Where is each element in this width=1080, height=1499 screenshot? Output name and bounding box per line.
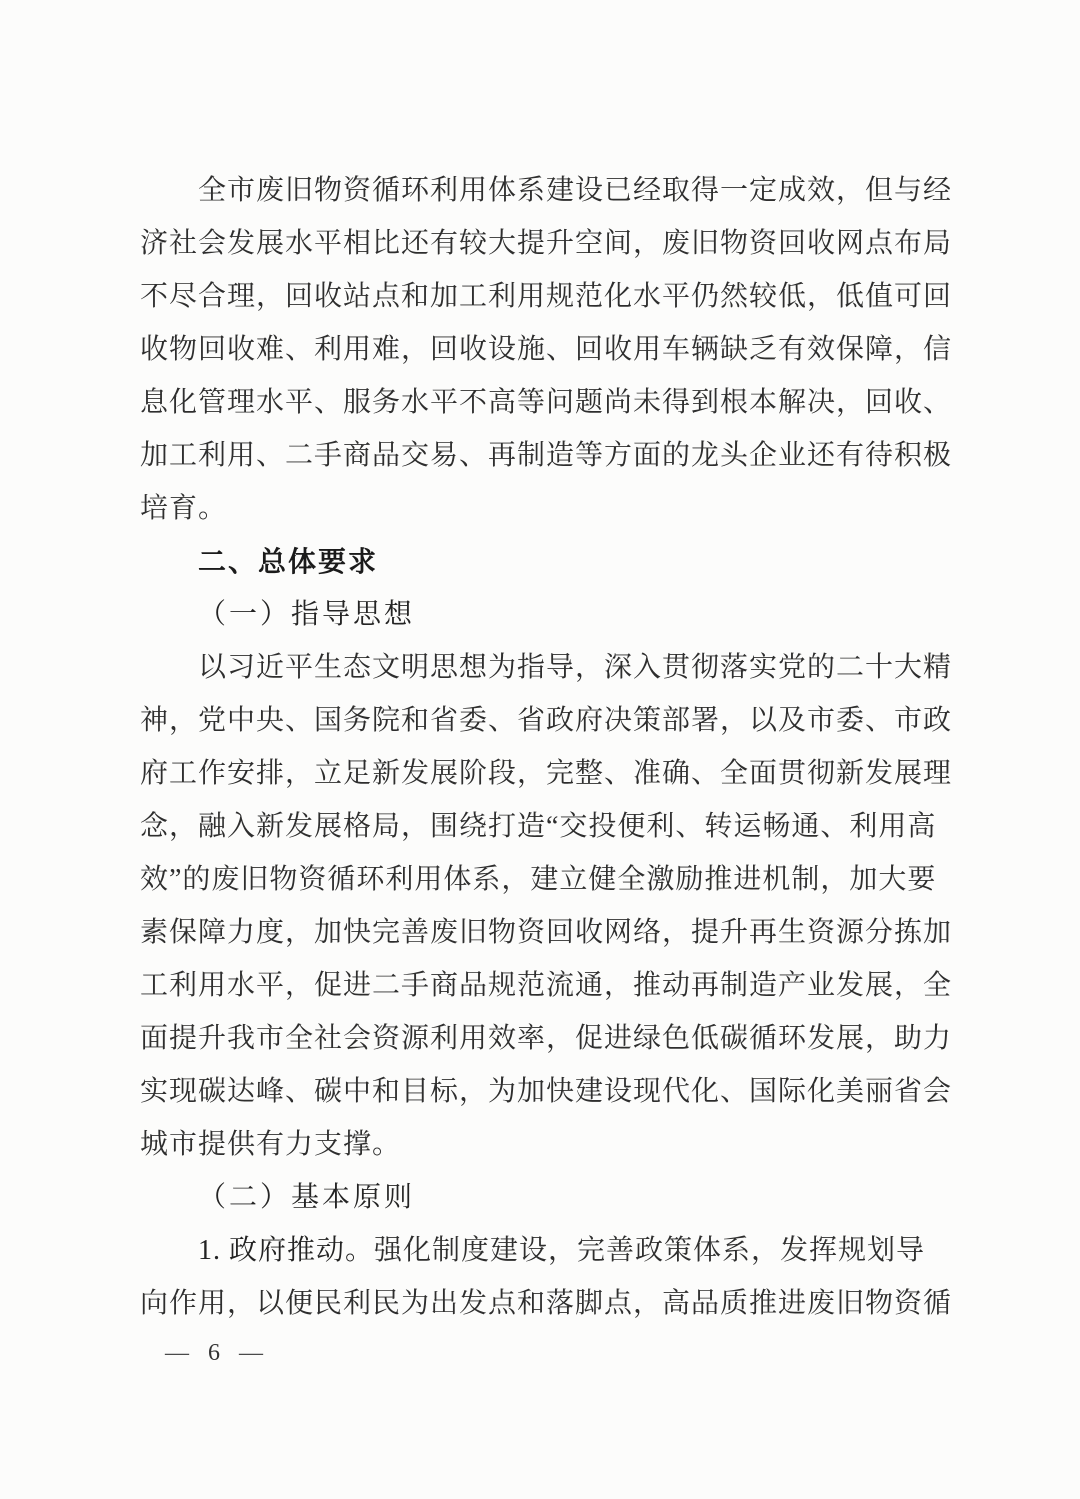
paragraph-intro-line: 收物回收难、利用难，回收设施、回收用车辆缺乏有效保障，信 bbox=[140, 323, 962, 376]
document-body: 全市废旧物资循环利用体系建设已经取得一定成效，但与经 济社会发展水平相比还有较大… bbox=[140, 164, 962, 1330]
section-heading: 二、总体要求 bbox=[140, 535, 962, 588]
paragraph-intro-line: 培育。 bbox=[140, 482, 962, 535]
paragraph-guiding-line: 效”的废旧物资循环利用体系，建立健全激励推进机制，加大要 bbox=[140, 853, 962, 906]
paragraph-intro-line: 全市废旧物资循环利用体系建设已经取得一定成效，但与经 bbox=[140, 164, 962, 217]
page-footer: — 6 — bbox=[165, 1340, 263, 1367]
paragraph-guiding-line: 面提升我市全社会资源利用效率，促进绿色低碳循环发展，助力 bbox=[140, 1012, 962, 1065]
paragraph-intro-line: 济社会发展水平相比还有较大提升空间，废旧物资回收网点布局 bbox=[140, 217, 962, 270]
paragraph-guiding-line: 城市提供有力支撑。 bbox=[140, 1118, 962, 1171]
document-page: 全市废旧物资循环利用体系建设已经取得一定成效，但与经 济社会发展水平相比还有较大… bbox=[0, 0, 1080, 1499]
subsection-heading-basic-principles: （二）基本原则 bbox=[140, 1171, 962, 1224]
paragraph-guiding-line: 神，党中央、国务院和省委、省政府决策部署，以及市委、市政 bbox=[140, 694, 962, 747]
paragraph-guiding-line: 素保障力度，加快完善废旧物资回收网络，提升再生资源分拣加 bbox=[140, 906, 962, 959]
page-number: 6 bbox=[208, 1340, 220, 1367]
footer-dash-left: — bbox=[165, 1340, 189, 1367]
paragraph-intro-line: 加工利用、二手商品交易、再制造等方面的龙头企业还有待积极 bbox=[140, 429, 962, 482]
footer-dash-right: — bbox=[239, 1340, 263, 1367]
paragraph-guiding-line: 府工作安排，立足新发展阶段，完整、准确、全面贯彻新发展理 bbox=[140, 747, 962, 800]
principle-government-line-2: 向作用，以便民利民为出发点和落脚点，高品质推进废旧物资循 bbox=[140, 1277, 962, 1330]
paragraph-guiding-line: 以习近平生态文明思想为指导，深入贯彻落实党的二十大精 bbox=[140, 641, 962, 694]
subsection-heading-guiding-ideology: （一）指导思想 bbox=[140, 588, 962, 641]
paragraph-guiding-line: 实现碳达峰、碳中和目标，为加快建设现代化、国际化美丽省会 bbox=[140, 1065, 962, 1118]
paragraph-intro-line: 息化管理水平、服务水平不高等问题尚未得到根本解决，回收、 bbox=[140, 376, 962, 429]
principle-government-label: 1. 政府推动。 bbox=[198, 1235, 374, 1266]
principle-government-line-1: 1. 政府推动。强化制度建设，完善政策体系，发挥规划导 bbox=[140, 1224, 962, 1277]
paragraph-guiding-line: 工利用水平，促进二手商品规范流通，推动再制造产业发展，全 bbox=[140, 959, 962, 1012]
principle-government-text: 强化制度建设，完善政策体系，发挥规划导 bbox=[374, 1235, 925, 1266]
paragraph-guiding-line: 念，融入新发展格局，围绕打造“交投便利、转运畅通、利用高 bbox=[140, 800, 962, 853]
paragraph-intro-line: 不尽合理，回收站点和加工利用规范化水平仍然较低，低值可回 bbox=[140, 270, 962, 323]
